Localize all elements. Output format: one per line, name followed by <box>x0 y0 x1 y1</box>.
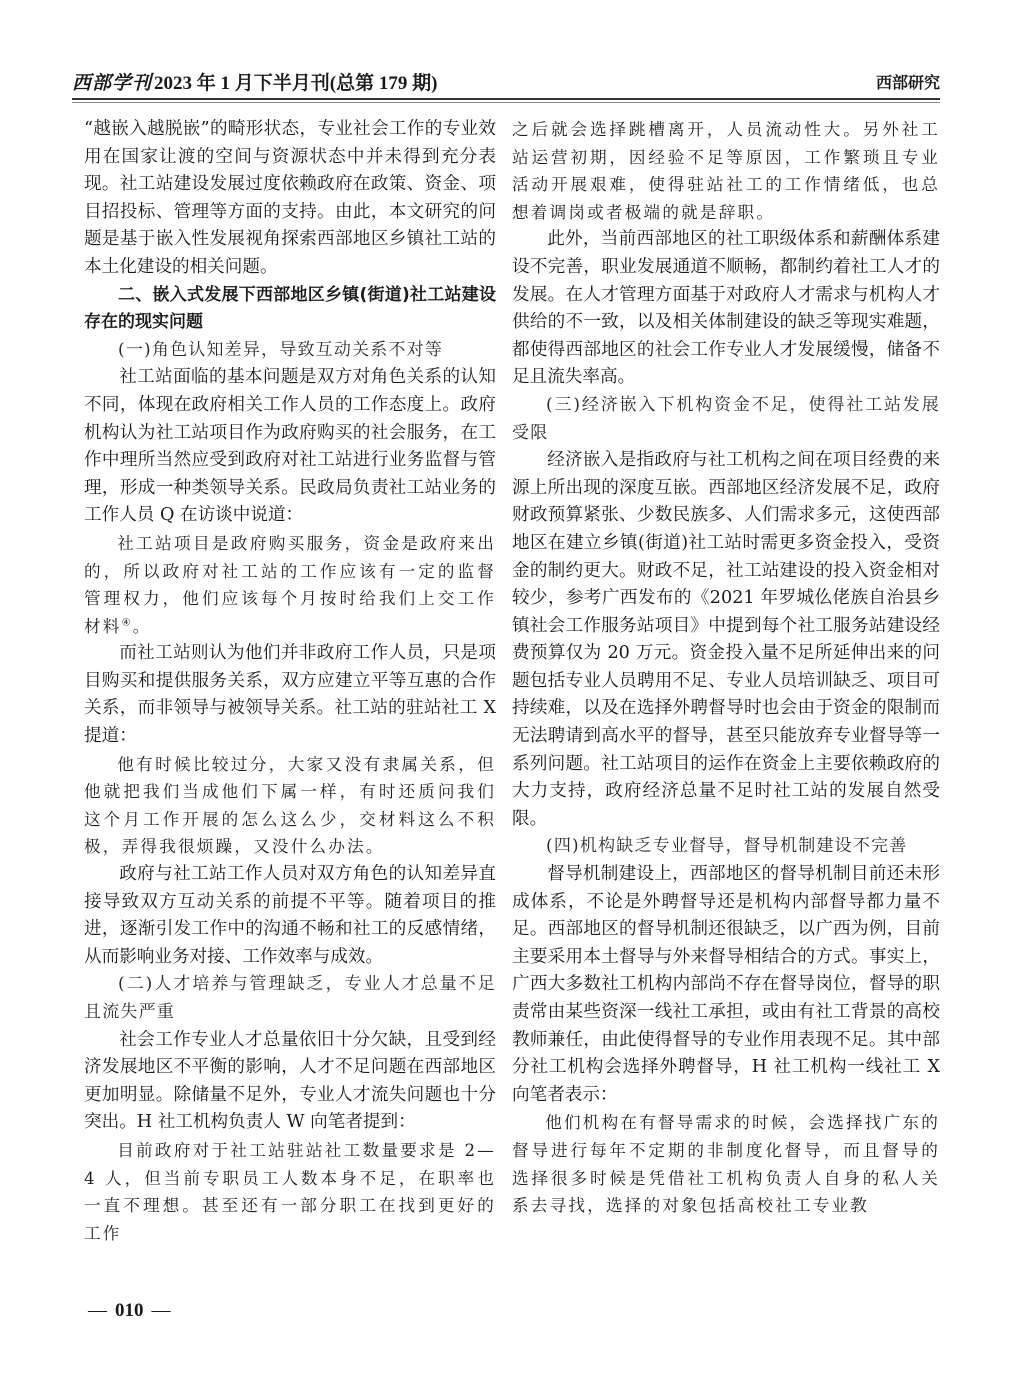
page-number-value: 010 <box>115 1300 144 1321</box>
interview-quote: 他有时候比较过分，大家又没有隶属关系，但他就把我们当成他们下属一样，有时还质问我… <box>84 751 496 861</box>
issue-info: 2023 年 1 月下半月刊(总第 179 期) <box>154 73 437 94</box>
interview-quote: 社工站项目是政府购买服务，资金是政府来出的，所以政府对社工站的工作应该有一定的监… <box>84 530 496 640</box>
interview-quote: 他们机构在有督导需求的时候，会选择找广东的督导进行每年不定期的非制度化督导，而且… <box>512 1109 940 1219</box>
paragraph: 社工站面临的基本问题是双方对角色关系的认知不同，体现在政府相关工作人员的工作态度… <box>84 364 496 530</box>
header-rule-thin <box>72 102 940 103</box>
interview-quote-continued: 之后就会选择跳槽离开，人员流动性大。另外社工站运营初期，因经验不足等原因，工作繁… <box>512 116 940 226</box>
paragraph: 此外，当前西部地区的社工职级体系和薪酬体系建设不完善，职业发展通道不顺畅，都制约… <box>512 226 940 392</box>
paragraph: 经济嵌入是指政府与社工机构之间在项目经费的来源上所出现的深度互嵌。西部地区经济发… <box>512 447 940 833</box>
section-heading: 二、嵌入式发展下西部地区乡镇(街道)社工站建设存在的现实问题 <box>84 282 496 337</box>
subsection-heading-2: (二)人才培养与管理缺乏，专业人才总量不足且流失严重 <box>84 971 496 1026</box>
paragraph: “越嵌入越脱嵌”的畸形状态，专业社会工作的专业效用在国家让渡的空间与资源状态中并… <box>84 116 496 282</box>
paragraph: 督导机制建设上，西部地区的督导机制目前还未形成体系，不论是外聘督导还是机构内部督… <box>512 861 940 1109</box>
paragraph: 政府与社工站工作人员对双方角色的认知差异直接导致双方互动关系的前提不平等。随着项… <box>84 861 496 971</box>
header-rule-thick <box>72 98 940 100</box>
subsection-heading-4: (四)机构缺乏专业督导，督导机制建设不完善 <box>512 833 940 861</box>
journal-logo: 西部学刊 <box>72 73 152 94</box>
page-dash-left: — <box>88 1300 107 1321</box>
page-dash-right: — <box>152 1300 171 1321</box>
footnote-marker: ④ <box>122 617 133 628</box>
running-header: 西部学刊2023 年 1 月下半月刊(总第 179 期) 西部研究 <box>72 68 940 98</box>
subsection-heading-1: (一)角色认知差异，导致互动关系不对等 <box>84 337 496 365</box>
section-name: 西部研究 <box>876 70 940 93</box>
paragraph: 社会工作专业人才总量依旧十分欠缺，且受到经济发展地区不平衡的影响，人才不足问题在… <box>84 1027 496 1137</box>
interview-quote: 目前政府对于社工站驻站社工数量要求是 2—4 人，但当前专职员工人数本身不足，在… <box>84 1137 496 1247</box>
paragraph: 而社工站则认为他们并非政府工作人员，只是项目购买和提供服务关系，双方应建立平等互… <box>84 640 496 750</box>
journal-issue-title: 西部学刊2023 年 1 月下半月刊(总第 179 期) <box>72 68 437 95</box>
right-column: 之后就会选择跳槽离开，人员流动性大。另外社工站运营初期，因经验不足等原因，工作繁… <box>512 116 940 1220</box>
subsection-heading-3: (三)经济嵌入下机构资金不足，使得社工站发展受限 <box>512 392 940 447</box>
page-number: —010— <box>88 1300 171 1322</box>
left-column: “越嵌入越脱嵌”的畸形状态，专业社会工作的专业效用在国家让渡的空间与资源状态中并… <box>84 116 496 1247</box>
quote-end: 。 <box>133 617 152 636</box>
